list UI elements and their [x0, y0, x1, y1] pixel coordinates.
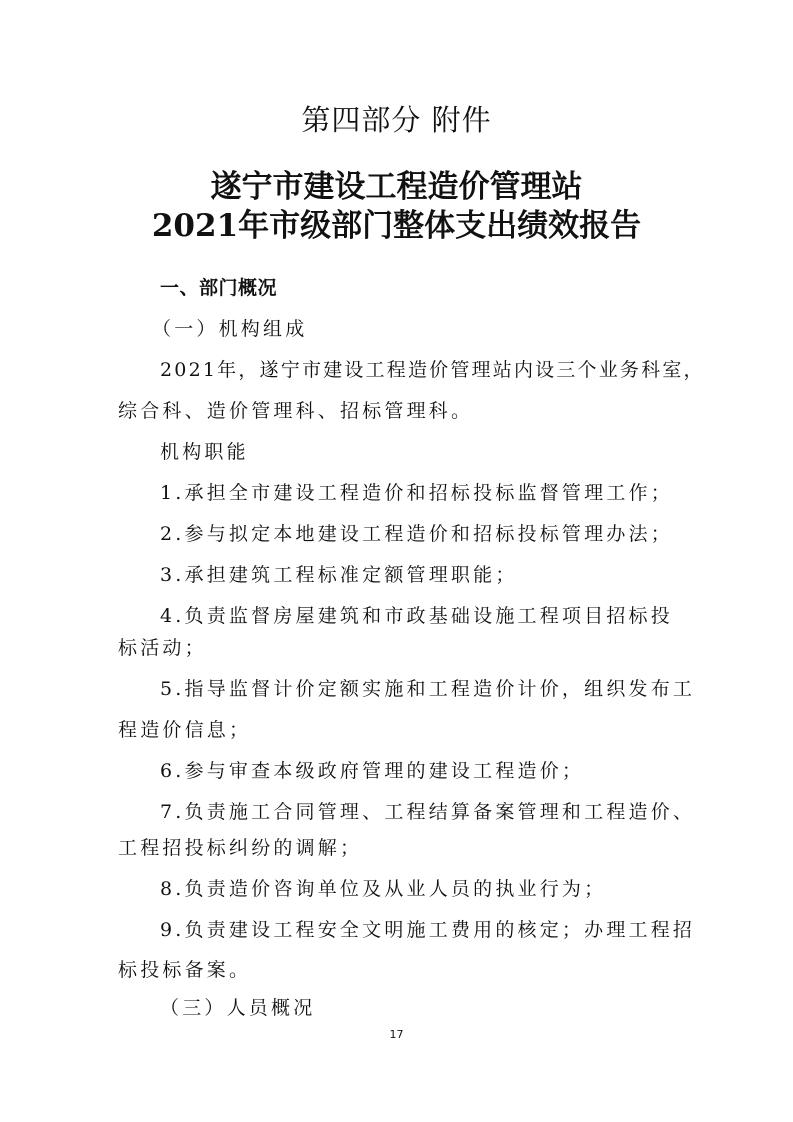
report-title-line-2: 2021年市级部门整体支出绩效报告 — [0, 205, 793, 247]
function-item-9-line-2: 标投标备案。 — [118, 956, 251, 984]
org-text-line-2: 综合科、造价管理科、招标管理科。 — [118, 397, 473, 425]
section-heading-department-overview: 一、部门概况 — [160, 274, 277, 302]
function-item-9-line-1: 9.负责建设工程安全文明施工费用的核定；办理工程招 — [160, 916, 695, 944]
function-item-7-line-2: 工程招投标纠纷的调解； — [118, 834, 362, 862]
org-text-line-1: 2021年，遂宁市建设工程造价管理站内设三个业务科室， — [160, 356, 705, 384]
functions-heading: 机构职能 — [160, 438, 249, 466]
function-item-4-line-2: 标活动； — [118, 634, 207, 662]
function-item-5-line-1: 5.指导监督计价定额实施和工程造价计价，组织发布工 — [160, 675, 695, 703]
subsection-heading-staff-overview: （三）人员概况 — [160, 994, 315, 1022]
subsection-heading-organization: （一）机构组成 — [152, 315, 307, 343]
function-item-5-line-2: 程造价信息； — [118, 716, 251, 744]
part-title: 第四部分 附件 — [0, 100, 793, 140]
function-item-7-line-1: 7.负责施工合同管理、工程结算备案管理和工程造价、 — [160, 798, 695, 826]
function-item-3: 3.承担建筑工程标准定额管理职能； — [160, 561, 518, 589]
report-title-line-1: 遂宁市建设工程造价管理站 — [0, 166, 793, 208]
function-item-8: 8.负责造价咨询单位及从业人员的执业行为； — [160, 875, 606, 903]
function-item-6: 6.参与审查本级政府管理的建设工程造价； — [160, 757, 584, 785]
page-number: 17 — [0, 1028, 793, 1041]
function-item-1: 1.承担全市建设工程造价和招标投标监督管理工作； — [160, 479, 673, 507]
function-item-2: 2.参与拟定本地建设工程造价和招标投标管理办法； — [160, 520, 673, 548]
document-page: 第四部分 附件 遂宁市建设工程造价管理站 2021年市级部门整体支出绩效报告 一… — [0, 0, 793, 1122]
function-item-4-line-1: 4.负责监督房屋建筑和市政基础设施工程项目招标投 — [160, 602, 673, 630]
